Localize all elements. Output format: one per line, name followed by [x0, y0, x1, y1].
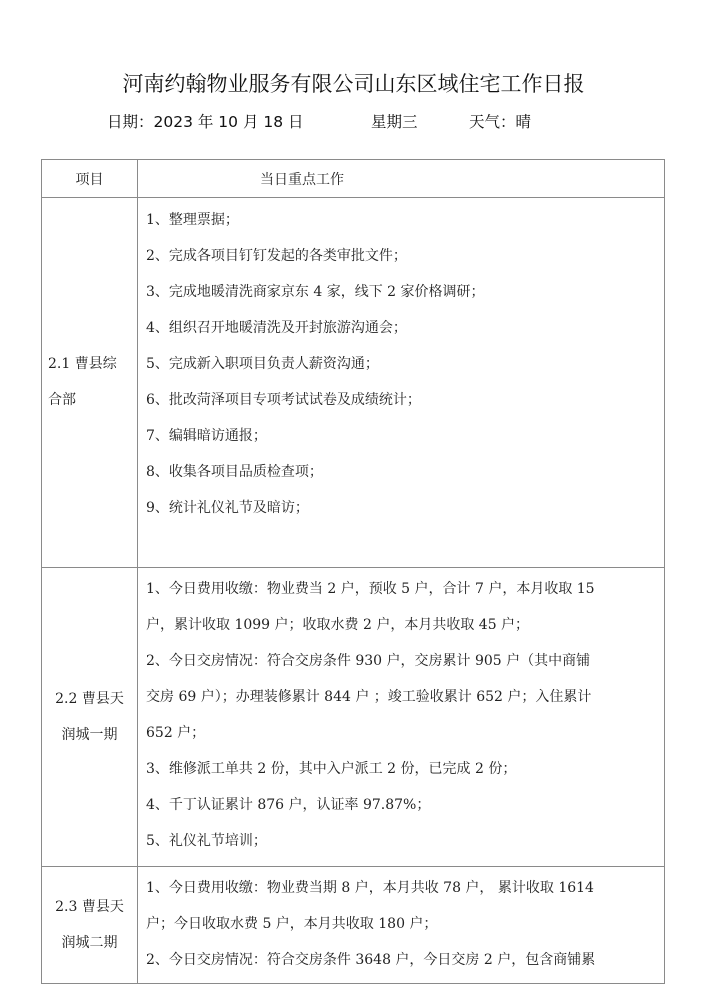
work-item: 8、收集各项目品质检查项；	[146, 454, 658, 490]
work-item-line: 交房 69 户）；办理装修累计 844 户 ；竣工验收累计 652 户；入住累计	[146, 679, 658, 715]
report-date: 日期：2023 年 10 月 18 日	[107, 110, 304, 132]
work-item: 5、完成新入职项目负责人薪资沟通；	[146, 346, 658, 382]
work-item: 9、统计礼仪礼节及暗访；	[146, 490, 658, 526]
work-item-line: 4、千丁认证累计 876 户，认证率 97.87%；	[146, 787, 658, 823]
project-name-line: 润城一期	[42, 717, 137, 753]
table-row: 2.2 曹县天 润城一期 1、今日费用收缴：物业费当 2 户，预收 5 户，合计…	[42, 568, 665, 867]
work-item-line: 3、维修派工单共 2 份，其中入户派工 2 份，已完成 2 份；	[146, 751, 658, 787]
project-name-line: 2.1 曹县综	[48, 346, 137, 382]
work-cell: 1、整理票据； 2、完成各项目钉钉发起的各类审批文件； 3、完成地暖清洗商家京东…	[138, 198, 665, 568]
work-item-line: 户；今日收取水费 5 户，本月共收取 180 户；	[146, 906, 658, 942]
report-weather: 天气：晴	[469, 110, 531, 132]
work-item: 4、组织召开地暖清洗及开封旅游沟通会；	[146, 310, 658, 346]
work-item-line: 2、今日交房情况：符合交房条件 930 户，交房累计 905 户（其中商铺	[146, 643, 658, 679]
header-project: 项目	[42, 160, 138, 198]
header-key-work: 当日重点工作	[138, 160, 665, 198]
work-cell: 1、今日费用收缴：物业费当期 8 户，本月共收 78 户， 累计收取 1614 …	[138, 867, 665, 984]
work-item-line: 2、今日交房情况：符合交房条件 3648 户，今日交房 2 户，包含商铺累	[146, 942, 658, 978]
work-item: 1、整理票据；	[146, 202, 658, 238]
daily-work-table: 项目 当日重点工作 2.1 曹县综 合部 1、整理票据； 2、完成各项目钉钉发起…	[41, 159, 665, 984]
table-row: 2.3 曹县天 润城二期 1、今日费用收缴：物业费当期 8 户，本月共收 78 …	[42, 867, 665, 984]
project-cell: 2.1 曹县综 合部	[42, 198, 138, 568]
work-item: 6、批改菏泽项目专项考试试卷及成绩统计；	[146, 382, 658, 418]
work-item: 2、完成各项目钉钉发起的各类审批文件；	[146, 238, 658, 274]
report-weekday: 星期三	[371, 110, 418, 132]
work-item-line: 户，累计收取 1099 户；收取水费 2 户，本月共收取 45 户；	[146, 607, 658, 643]
work-cell: 1、今日费用收缴：物业费当 2 户，预收 5 户，合计 7 户，本月收取 15 …	[138, 568, 665, 867]
table-header-row: 项目 当日重点工作	[42, 160, 665, 198]
project-name-line: 2.2 曹县天	[42, 681, 137, 717]
work-item: 3、完成地暖清洗商家京东 4 家，线下 2 家价格调研；	[146, 274, 658, 310]
work-item-line: 5、礼仪礼节培训；	[146, 823, 658, 859]
project-name-line: 合部	[48, 382, 137, 418]
project-name-line: 2.3 曹县天	[42, 889, 137, 925]
project-cell: 2.3 曹县天 润城二期	[42, 867, 138, 984]
work-item-line: 1、今日费用收缴：物业费当 2 户，预收 5 户，合计 7 户，本月收取 15	[146, 571, 658, 607]
project-name-line: 润城二期	[42, 925, 137, 961]
table-row: 2.1 曹县综 合部 1、整理票据； 2、完成各项目钉钉发起的各类审批文件； 3…	[42, 198, 665, 568]
work-item-line: 1、今日费用收缴：物业费当期 8 户，本月共收 78 户， 累计收取 1614	[146, 870, 658, 906]
report-title: 河南约翰物业服务有限公司山东区域住宅工作日报	[0, 68, 707, 98]
project-cell: 2.2 曹县天 润城一期	[42, 568, 138, 867]
work-item: 7、编辑暗访通报；	[146, 418, 658, 454]
work-item-line: 652 户；	[146, 715, 658, 751]
